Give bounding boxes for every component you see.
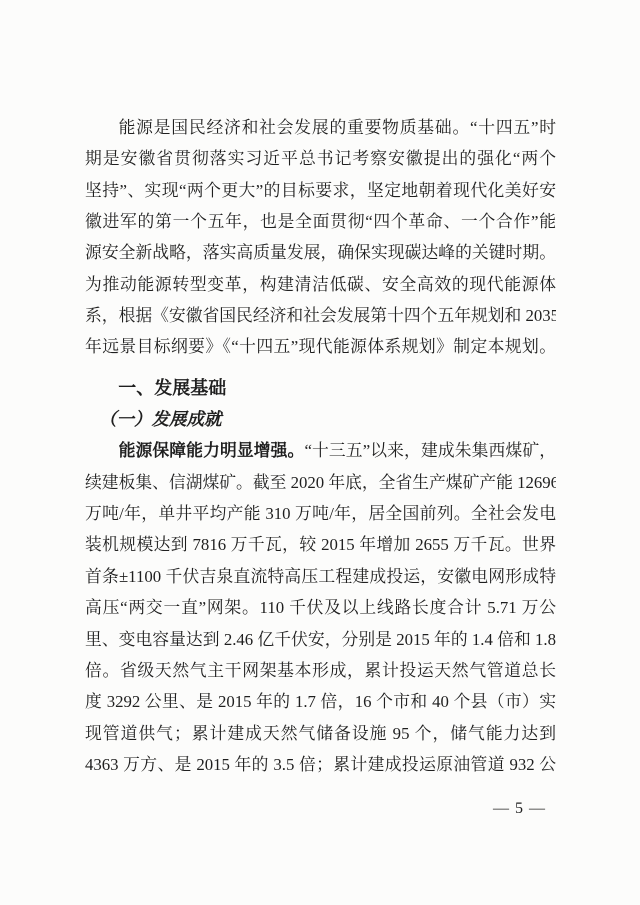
text-line: 高压“两交一直”网架。110 千伏及以上线路长度合计 5.71 万公 [85,592,556,623]
section-heading: 一、发展基础 [85,373,556,404]
text-line: 年远景目标纲要》《“十四五”现代能源体系规划》制定本规划。 [85,331,556,362]
text-line: 首条±1100 千伏吉泉直流特高压工程建成投运，安徽电网形成特 [85,561,556,592]
text-line: 4363 万方、是 2015 年的 3.5 倍；累计建成投运原油管道 932 公 [85,749,556,780]
subsection-heading: （一）发展成就 [85,404,556,435]
text-line: 里、变电容量达到 2.46 亿千伏安，分别是 2015 年的 1.4 倍和 1.… [85,624,556,655]
text-line: 能源保障能力明显增强。“十三五”以来，建成朱集西煤矿， [85,435,556,466]
page-number: — 5 — [493,799,546,819]
text-line: 万吨/年，单井平均产能 310 万吨/年，居全国前列。全社会发电 [85,498,556,529]
text-line: 装机规模达到 7816 万千瓦，较 2015 年增加 2655 万千瓦。世界 [85,529,556,560]
document-page: 能源是国民经济和社会发展的重要物质基础。“十四五”时期是安徽省贯彻落实习近平总书… [0,0,640,905]
text-line: 为推动能源转型变革，构建清洁低碳、安全高效的现代能源体 [85,269,556,300]
text-line: 期是安徽省贯彻落实习近平总书记考察安徽提出的强化“两个 [85,143,556,174]
text-line: 度 3292 公里、是 2015 年的 1.7 倍，16 个市和 40 个县（市… [85,686,556,717]
text-line: 现管道供气；累计建成天然气储备设施 95 个，储气能力达到 [85,718,556,749]
text-line: 源安全新战略，落实高质量发展，确保实现碳达峰的关键时期。 [85,237,556,268]
document-body: 能源是国民经济和社会发展的重要物质基础。“十四五”时期是安徽省贯彻落实习近平总书… [85,112,556,780]
bold-lead: 能源保障能力明显增强。 [119,441,305,460]
text-line: 能源是国民经济和社会发展的重要物质基础。“十四五”时 [85,112,556,143]
text-line: 系，根据《安徽省国民经济和社会发展第十四个五年规划和 2035 [85,300,556,331]
text-line: 坚持”、实现“两个更大”的目标要求，坚定地朝着现代化美好安 [85,175,556,206]
text-line: 倍。省级天然气主干网架基本形成，累计投运天然气管道总长 [85,655,556,686]
text-line: 徽进军的第一个五年，也是全面贯彻“四个革命、一个合作”能 [85,206,556,237]
text-line: 续建板集、信湖煤矿。截至 2020 年底，全省生产煤矿产能 12696 [85,467,556,498]
